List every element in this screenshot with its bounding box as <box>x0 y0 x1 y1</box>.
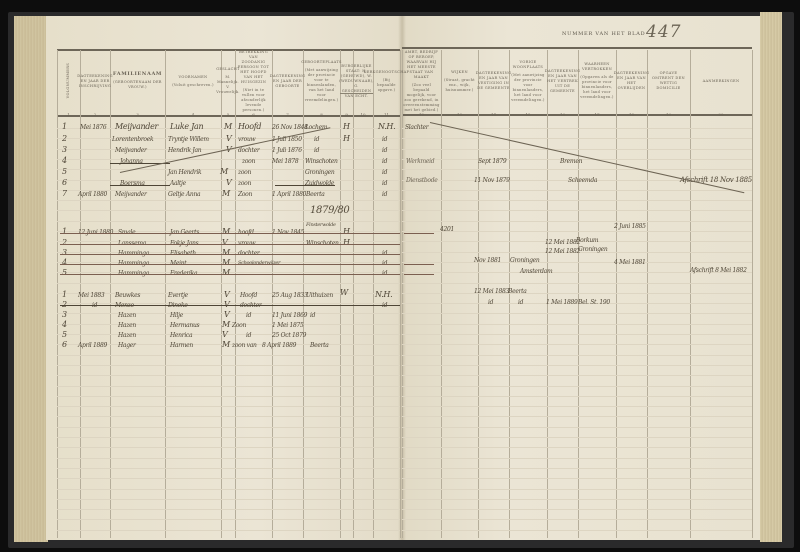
entry-relation: id <box>246 332 251 339</box>
entry-nr: 6 <box>62 340 67 349</box>
row-rule <box>402 190 752 191</box>
entry-relation: vrouw <box>238 136 255 143</box>
row-rule <box>402 169 752 170</box>
entry-nr: 2 <box>62 134 67 143</box>
row-rule <box>57 468 400 469</box>
row-rule <box>57 365 400 366</box>
entry-relation: Schoolonderwijzer <box>238 260 280 266</box>
header-col-7: DAGTEEKENING EN JAAR DER GEBOORTE <box>272 52 303 110</box>
entry-sex: M <box>222 268 230 277</box>
row-rule <box>402 458 752 459</box>
col-num-16: 16 <box>547 112 578 118</box>
col-num-12: 12 <box>402 112 441 118</box>
row-rule <box>402 365 752 366</box>
entry-occupation: Slachter <box>405 124 428 131</box>
entry-surname: Lorentenbroek <box>112 136 153 143</box>
row-rule <box>402 293 752 294</box>
header-col-9-10: BURGERLIJKE STAAT: H. (gehuwd), W. (wedu… <box>340 52 373 110</box>
row-rule <box>57 375 400 376</box>
entry-birthplace: Groningen <box>305 169 334 176</box>
entry-birth: 1 April 1880 <box>272 191 306 198</box>
entry-nr: 1 <box>62 227 67 236</box>
entry-nr: 5 <box>62 268 67 277</box>
entry-relation: Zoon <box>238 191 252 198</box>
col-num-5: 5 <box>221 112 235 118</box>
strike-line <box>60 244 400 245</box>
date-mid: 4 Mei 1881 <box>614 259 646 266</box>
row-rule <box>57 447 400 448</box>
entry-nr: 1 <box>62 122 67 131</box>
entry-sex: M <box>222 189 230 198</box>
column-rule <box>752 50 753 538</box>
row-rule <box>57 499 400 500</box>
strike-line <box>60 254 400 255</box>
row-rule <box>57 200 400 201</box>
entry-given: Jan Hendrik <box>168 169 201 176</box>
row-rule <box>402 499 752 500</box>
col-num-19: 19 <box>647 112 690 118</box>
entry-sex: M <box>222 248 230 257</box>
sheet-number-value: 447 <box>646 22 681 42</box>
row-rule <box>57 334 400 335</box>
entry-date: Mei 1883 <box>78 292 104 299</box>
destination-2: Groningen <box>578 246 607 253</box>
row-rule <box>402 427 752 428</box>
entry-nr: 4 <box>62 258 67 267</box>
entry-birthplace: Winschoten <box>305 158 338 165</box>
row-rule <box>402 344 752 345</box>
col-num-10: 10 <box>353 112 373 118</box>
column-rule <box>400 50 401 538</box>
entry-birthplace: Finsterwolde <box>306 222 336 228</box>
entry-prev: Groningen <box>510 257 539 264</box>
row-rule <box>57 159 400 160</box>
row-rule <box>402 509 752 510</box>
entry-settle: id <box>488 299 493 306</box>
column-rule <box>616 50 617 538</box>
strike-line <box>60 233 400 234</box>
entry-prev: Bremen <box>560 158 582 165</box>
row-rule <box>402 478 752 479</box>
entry-nr: 4 <box>62 156 67 165</box>
entry-sex: M <box>224 122 232 131</box>
row-rule <box>402 530 752 531</box>
header-col-12: AMBT, BEDRIJF OF BEROEP, WAARVAN HIJ HET… <box>402 52 441 110</box>
entry-nr: 3 <box>62 248 67 257</box>
header-top-rule-right <box>402 47 752 49</box>
entry-surname: Hazen <box>118 322 136 329</box>
column-rule <box>235 50 236 538</box>
row-rule <box>402 447 752 448</box>
entry-relation: dochter <box>238 147 259 154</box>
entry-nr: 5 <box>62 167 67 176</box>
column-rule <box>578 50 579 538</box>
row-rule <box>402 375 752 376</box>
row-rule <box>57 221 400 222</box>
entry-sex: V <box>226 134 231 143</box>
row-rule <box>402 313 752 314</box>
strike-line <box>404 264 434 265</box>
entry-surname: Hazen <box>118 332 136 339</box>
strike-line <box>404 274 434 275</box>
column-rule <box>373 50 374 538</box>
entry-relation: zoon van <box>232 342 257 349</box>
strike-line <box>60 305 400 306</box>
entry-church: id <box>382 147 387 154</box>
entry-surname: Meijvander <box>115 191 147 198</box>
col-num-20: 20 <box>690 112 752 118</box>
col-num-8: 8 <box>303 112 340 118</box>
entry-church: N.H. <box>378 122 395 131</box>
entry-civil: H <box>343 238 350 247</box>
entry-given: Tryntje Willem <box>168 136 209 143</box>
entry-date: April 1880 <box>78 191 107 198</box>
entry-civil: H <box>343 227 350 236</box>
departure-date-2: 12 Mei 1882 <box>545 248 580 255</box>
entry-birth: 8 April 1889 <box>262 342 296 349</box>
row-rule <box>402 334 752 335</box>
row-rule <box>57 458 400 459</box>
entry-birthplace: id <box>314 147 319 154</box>
col-num-15: 15 <box>509 112 547 118</box>
row-rule <box>402 262 752 263</box>
entry-birth: 25 Oct 1879 <box>272 332 306 339</box>
row-rule <box>402 149 752 150</box>
entry-nr: 1 <box>62 290 67 299</box>
entry-birth: 1 Mei 1875 <box>272 322 304 329</box>
entry-sex: V <box>224 310 229 319</box>
row-rule <box>402 231 752 232</box>
row-rule <box>57 406 400 407</box>
row-rule <box>402 406 752 407</box>
row-rule <box>402 489 752 490</box>
entry-address: 4201 <box>440 226 454 233</box>
entry-given: Evertje <box>168 292 188 299</box>
strike-line <box>60 274 400 275</box>
entry-settle: Nov 1881 <box>474 257 501 264</box>
date-right: 2 Juni 1885 <box>614 223 646 230</box>
row-rule <box>57 355 400 356</box>
entry-birth: Mei 1878 <box>272 158 298 165</box>
row-rule <box>402 210 752 211</box>
page-edges-right <box>760 12 782 542</box>
header-col-17: WAARHEEN VERTROKKEN(Opgaven als de provi… <box>578 52 616 110</box>
header-col-13: WIJKEN(Straat, gracht enz., wijk, huisnu… <box>441 52 478 110</box>
row-rule <box>402 437 752 438</box>
entry-surname: Hager <box>118 342 136 349</box>
entry-nr: 2 <box>62 238 67 247</box>
row-rule <box>57 489 400 490</box>
column-rule <box>647 50 648 538</box>
strike-line <box>110 185 170 186</box>
row-rule <box>57 427 400 428</box>
col-num-14: 14 <box>478 112 509 118</box>
header-col-8: GEBOORTEPLAATS(Met aanwijzing der provin… <box>303 52 340 110</box>
entry-prev: Beerta <box>508 288 527 295</box>
row-rule <box>402 416 752 417</box>
entry-sex: M <box>222 320 230 329</box>
row-rule <box>57 396 400 397</box>
entry-nr: 4 <box>62 320 67 329</box>
entry-relation: zoon <box>242 158 255 165</box>
entry-settle: 12 Mei 1883 <box>474 288 509 295</box>
header-col-4: VOORNAMEN(Voluit geschreven.) <box>165 52 221 110</box>
header-col-6: BETREKKING VAN ZOODANIG PERSOON TOT HET … <box>235 52 272 110</box>
entry-sex: M <box>222 227 230 236</box>
row-rule <box>57 478 400 479</box>
departure-date-1: 12 Mei 1882 <box>545 239 580 246</box>
entry-dest: Bel. St. 190 <box>578 299 610 306</box>
entry-given: Hendrik Jan <box>168 147 201 154</box>
header-col-2: DAGTEEKENING EN JAAR DER INSCHRIJVING <box>80 52 110 110</box>
entry-prev: id <box>518 299 523 306</box>
header-col-18: DAGTEEKENING EN JAAR VAN HET OVERLIJDEN <box>616 52 647 110</box>
entry-birthplace: id <box>314 136 319 143</box>
entry-nr: 7 <box>62 189 67 198</box>
entry-nr: 5 <box>62 330 67 339</box>
entry-nr: 3 <box>62 145 67 154</box>
entry-church: N.H. <box>375 290 392 299</box>
entry-sex: V <box>222 330 227 339</box>
header-col-11: KERKGENOOTSCHAP(Bij bepaalde opgave.) <box>373 52 400 110</box>
entry-given: Henrica <box>170 332 192 339</box>
row-rule <box>402 355 752 356</box>
entry-church: id <box>382 169 387 176</box>
remark-afschrift: Afschrift 8 Mei 1882 <box>690 267 747 274</box>
column-rule <box>221 50 222 538</box>
header-col-19: OPGAVE OMTRENT DEN WETTIG DOMICILIE <box>647 52 690 110</box>
entry-surname: Meijvander <box>115 147 147 154</box>
row-rule <box>402 468 752 469</box>
entry-surname: Meijvander <box>115 122 158 131</box>
entry-church: id <box>382 158 387 165</box>
col-num-13: 13 <box>441 112 478 118</box>
entry-prev: Amsterdam <box>520 268 552 275</box>
entry-settle: Sept 1879 <box>478 158 506 165</box>
header-col-16: DAGTEEKENING EN JAAR VAN HET VERTREK UIT… <box>547 52 578 110</box>
entry-given: Hermanus <box>170 322 199 329</box>
entry-relation: Zoon <box>232 322 246 329</box>
row-rule <box>57 509 400 510</box>
col-num-6: 6 <box>235 112 272 118</box>
row-rule <box>402 396 752 397</box>
column-rule <box>402 50 403 538</box>
entry-settle: 11 Nov 1879 <box>474 177 510 184</box>
entry-sex: V <box>224 290 229 299</box>
entry-date: Mei 1876 <box>80 124 106 131</box>
row-rule <box>402 138 752 139</box>
entry-surname: Beuwkes <box>115 292 140 299</box>
entry-occupation: Werkmeid <box>406 158 434 165</box>
entry-prev: Scheemda <box>568 177 597 184</box>
entry-given: Aaltje <box>170 180 186 187</box>
col-num-3: 3 <box>110 112 165 118</box>
entry-given: Harmen <box>170 342 193 349</box>
entry-sex: V <box>222 238 227 247</box>
entry-sex: V <box>226 178 231 187</box>
entry-sex: M <box>222 258 230 267</box>
row-rule <box>57 519 400 520</box>
row-rule <box>402 221 752 222</box>
entry-birth: 1 Juli 1876 <box>272 147 302 154</box>
entry-occupation: Dienstbode <box>406 177 437 184</box>
entry-church: id <box>382 180 387 187</box>
entry-relation: Hoofd <box>238 122 261 131</box>
col-num-11: 11 <box>373 112 400 118</box>
destination-1: Borkum <box>576 237 598 244</box>
entry-birthplace: Beerta <box>306 191 325 198</box>
entry-church: id <box>382 191 387 198</box>
column-rule <box>353 50 354 538</box>
strike-line <box>404 233 434 234</box>
header-top-rule-left <box>57 49 400 51</box>
row-rule <box>57 416 400 417</box>
row-rule <box>57 283 400 284</box>
row-rule <box>57 386 400 387</box>
row-rule <box>57 437 400 438</box>
row-rule <box>57 169 400 170</box>
col-num-4: 4 <box>165 112 221 118</box>
entry-civil: W <box>340 288 348 297</box>
col-num-17: 17 <box>578 112 616 118</box>
header-col-15: VORIGE WOONPLAATS(Met aanwijzing der pro… <box>509 52 547 110</box>
entry-sex: M <box>222 340 230 349</box>
entry-surname: Hazen <box>118 312 136 319</box>
strike-line <box>275 185 335 186</box>
row-rule <box>57 530 400 531</box>
row-rule <box>402 386 752 387</box>
entry-birth: 11 Juni 1869 <box>272 312 307 319</box>
column-rule <box>57 50 58 538</box>
column-rule <box>110 50 111 538</box>
row-rule <box>402 283 752 284</box>
entry-nr: 6 <box>62 178 67 187</box>
header-col-14: DAGTEEKENING EN JAAR VAN VESTIGING IN DE… <box>478 52 509 110</box>
entry-sex: M <box>220 167 228 176</box>
entry-birthplace: id <box>310 312 315 319</box>
section-divider-year: 1879/80 <box>310 205 349 216</box>
entry-relation: zoon <box>238 180 251 187</box>
row-rule <box>402 324 752 325</box>
row-rule <box>402 200 752 201</box>
column-rule <box>690 50 691 538</box>
entry-civil: H <box>343 122 350 131</box>
entry-given: Geltje Anna <box>168 191 200 198</box>
column-rule <box>165 50 166 538</box>
header-col-20: AANMERKINGEN <box>690 52 752 110</box>
entry-relation: zoon <box>238 169 251 176</box>
col-num-2: 2 <box>80 112 110 118</box>
col-num-7: 7 <box>272 112 303 118</box>
header-col-5: GESLACHTM. Mannelijk. V. Vrouwelijk. <box>221 52 235 110</box>
col-num-9: 9 <box>340 112 353 118</box>
col-num-18: 18 <box>616 112 647 118</box>
col-num-1: 1 <box>57 112 80 118</box>
sheet-number-label: NUMMER VAN HET BLAD <box>562 31 645 37</box>
page-edges-left <box>14 16 48 542</box>
row-rule <box>402 519 752 520</box>
entry-birth: 26 Nov 1848 <box>272 124 308 131</box>
column-rule <box>547 50 548 538</box>
entry-birth: 25 Aug 1833 <box>272 292 307 299</box>
column-rule <box>441 50 442 538</box>
entry-church: id <box>382 136 387 143</box>
entry-birthplace: Beerta <box>310 342 329 349</box>
entry-nr: 3 <box>62 310 67 319</box>
entry-given: Hilje <box>170 312 183 319</box>
entry-depart: 1 Mei 1889 <box>546 299 578 306</box>
entry-relation: id <box>246 312 251 319</box>
header-col-3: FAMILIENAAM(GEBOORTENAAM DER VROUW.) <box>110 52 165 110</box>
entry-civil: H <box>343 134 350 143</box>
strike-line <box>60 264 400 265</box>
entry-date: April 1889 <box>78 342 107 349</box>
entry-relation: Hoofd <box>240 292 257 299</box>
entry-given: Luke Jan <box>170 122 203 131</box>
entry-birthplace: Uithuizen <box>306 292 333 299</box>
